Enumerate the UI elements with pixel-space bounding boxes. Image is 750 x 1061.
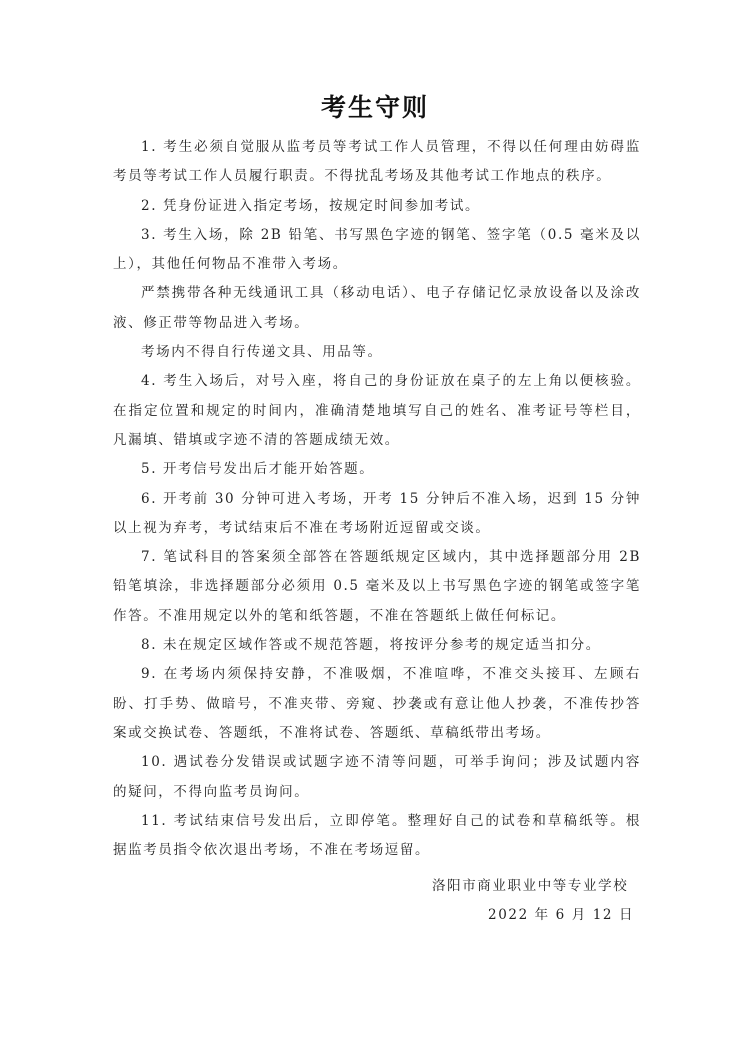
rule-2: 2. 凭身份证进入指定考场，按规定时间参加考试。 — [113, 192, 641, 221]
rule-4: 4. 考生入场后，对号入座，将自己的身份证放在桌子的左上角以便核验。在指定位置和… — [113, 367, 641, 455]
document-page: 考生守则 1. 考生必须自觉服从监考员等考试工作人员管理，不得以任何理由妨碍监考… — [0, 0, 750, 1061]
rule-11: 11. 考试结束信号发出后，立即停笔。整理好自己的试卷和草稿纸等。根据监考员指令… — [113, 807, 641, 866]
rule-1: 1. 考生必须自觉服从监考员等考试工作人员管理，不得以任何理由妨碍监考员等考试工… — [113, 133, 641, 192]
rule-9: 9. 在考场内须保持安静，不准吸烟，不准喧哗，不准交头接耳、左顾右盼、打手势、做… — [113, 660, 641, 748]
rule-7: 7. 笔试科目的答案须全部答在答题纸规定区域内，其中选择题部分用 2B 铅笔填涂… — [113, 543, 641, 631]
rule-5: 5. 开考信号发出后才能开始答题。 — [113, 455, 641, 484]
rule-8: 8. 未在规定区域作答或不规范答题，将按评分参考的规定适当扣分。 — [113, 631, 641, 660]
document-title: 考生守则 — [0, 88, 750, 124]
document-body: 1. 考生必须自觉服从监考员等考试工作人员管理，不得以任何理由妨碍监考员等考试工… — [113, 133, 641, 865]
rule-3: 3. 考生入场，除 2B 铅笔、书写黑色字迹的钢笔、签字笔（0.5 毫米及以上）… — [113, 221, 641, 280]
signature-school: 洛阳市商业职业中等专业学校 — [432, 874, 628, 894]
rule-10: 10. 遇试卷分发错误或试题字迹不清等问题，可举手询问；涉及试题内容的疑问，不得… — [113, 748, 641, 807]
signature-date: 2022 年 6 月 12 日 — [488, 903, 634, 923]
rule-6: 6. 开考前 30 分钟可进入考场，开考 15 分钟后不准入场，迟到 15 分钟… — [113, 485, 641, 544]
rule-3-prohibited-items: 严禁携带各种无线通讯工具（移动电话）、电子存储记忆录放设备以及涂改液、修正带等物… — [113, 279, 641, 338]
rule-3-no-passing: 考场内不得自行传递文具、用品等。 — [113, 338, 641, 367]
